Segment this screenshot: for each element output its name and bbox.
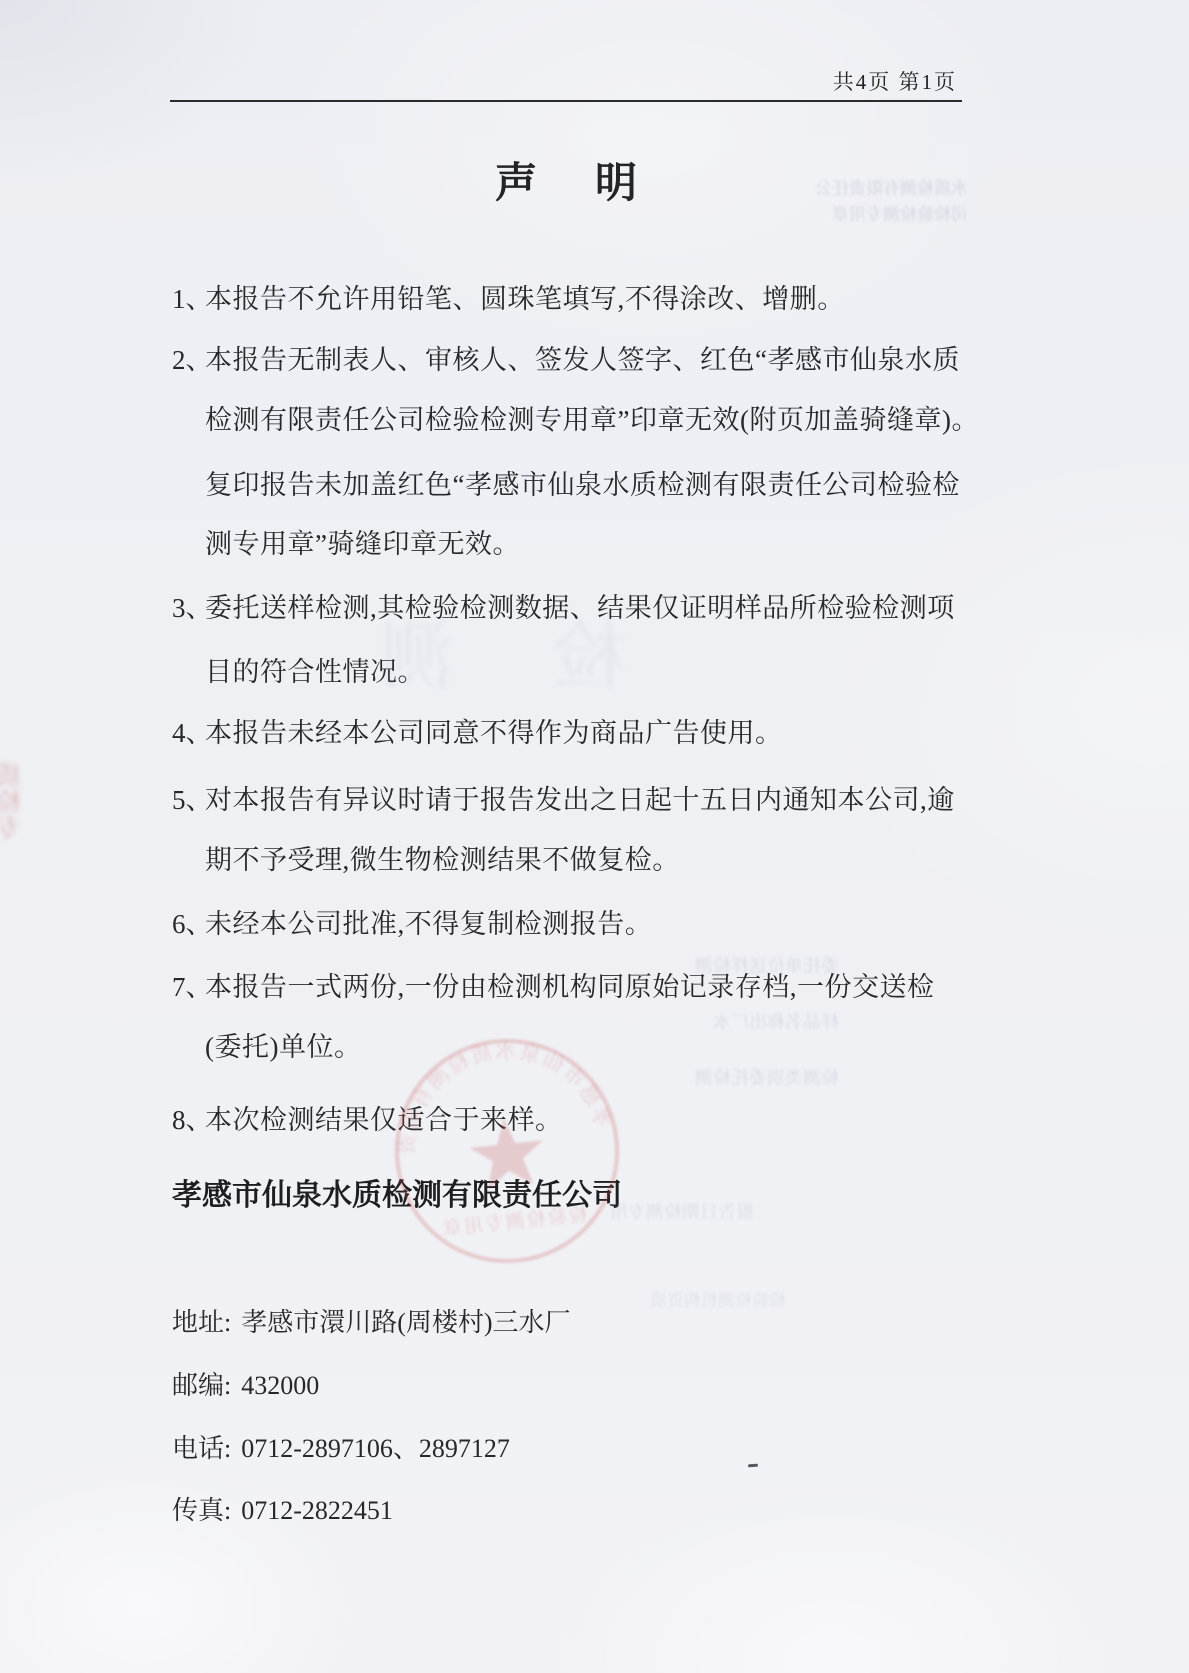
- statement-line: 本报告未经本公司同意不得作为商品广告使用。: [205, 711, 783, 750]
- fax-value: 0712-2822451: [241, 1496, 393, 1525]
- postcode-value: 432000: [241, 1371, 319, 1400]
- red-seal-bleedthrough: 孝感市仙泉水质检测有限责任公司 检验检测专用章: [376, 1020, 638, 1282]
- seal-ring-text: 孝感市仙泉水质检测有限责任公司: [381, 1020, 637, 1159]
- bleedthrough-text: 委托单位送样检测 样品名称出厂水 检测类别委托检测: [695, 938, 839, 1106]
- contact-phone: 电话:0712-2897106、2897127: [172, 1428, 510, 1465]
- statement-line: 检测有限责任公司检验检测专用章”印章无效(附页加盖骑缝章)。: [205, 398, 979, 437]
- postcode-label: 邮编:: [172, 1371, 231, 1400]
- contact-postcode: 邮编:432000: [172, 1365, 319, 1402]
- statement-line: 本报告不允许用铅笔、圆珠笔填写,不得涂改、增删。: [205, 277, 845, 316]
- statement-line: 未经本公司批准,不得复制检测报告。: [205, 902, 652, 941]
- statement-line: 目的符合性情况。: [205, 650, 425, 689]
- phone-value: 0712-2897106、2897127: [241, 1434, 510, 1463]
- statement-line: 委托送样检测,其检验检测数据、结果仅证明样品所检验检测项: [205, 586, 955, 625]
- scanned-report-page: 共4页 第1页 声 明 1、 本报告不允许用铅笔、圆珠笔填写,不得涂改、增删。 …: [0, 0, 1189, 1673]
- contact-address: 地址:孝感市澴川路(周楼村)三水厂: [172, 1302, 571, 1339]
- statement-line: 测专用章”骑缝印章无效。: [205, 522, 520, 561]
- statement-line: 对本报告有异议时请于报告发出之日起十五日内通知本公司,逾: [205, 778, 955, 817]
- statement-line: 复印报告未加盖红色“孝感市仙泉水质检测有限责任公司检验检: [205, 463, 960, 502]
- statement-line: (委托)单位。: [205, 1025, 361, 1064]
- red-edge-smudge: 质检专: [0, 762, 26, 912]
- address-label: 地址:: [172, 1308, 231, 1337]
- bleedthrough-text: 报告日期检测专用: [610, 1198, 754, 1224]
- phone-label: 电话:: [172, 1434, 231, 1463]
- stray-mark: [748, 1464, 758, 1468]
- statement-line: 本报告无制表人、审核人、签发人签字、红色“孝感市仙泉水质: [205, 338, 960, 377]
- address-value: 孝感市澴川路(周楼村)三水厂: [241, 1308, 570, 1337]
- svg-text:孝感市仙泉水质检测有限责任公司: 孝感市仙泉水质检测有限责任公司: [381, 1020, 637, 1159]
- page-number: 共4页 第1页: [833, 66, 957, 96]
- bleedthrough-text: 检验检测机构资质: [650, 1286, 786, 1311]
- page-title: 声 明: [0, 150, 1140, 210]
- company-name: 孝感市仙泉水质检测有限责任公司: [172, 1170, 622, 1214]
- header-rule: [170, 100, 962, 102]
- statement-line: 期不予受理,微生物检测结果不做复检。: [205, 838, 680, 877]
- statement-line: 本报告一式两份,一份由检测机构同原始记录存档,一份交送检: [205, 965, 935, 1004]
- statement-line: 本次检测结果仅适合于来样。: [205, 1098, 563, 1137]
- fax-label: 传真:: [172, 1496, 231, 1525]
- contact-fax: 传真:0712-2822451: [172, 1490, 393, 1527]
